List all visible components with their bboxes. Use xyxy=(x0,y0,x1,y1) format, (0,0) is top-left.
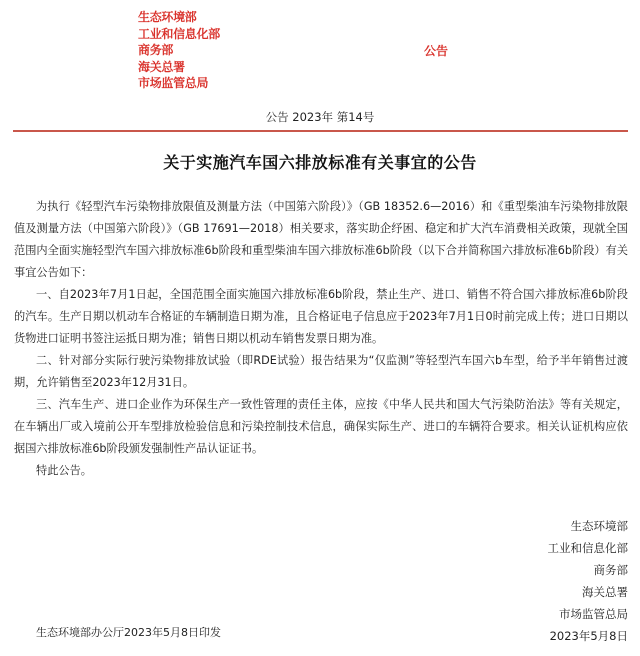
print-footer: 生态环境部办公厅2023年5月8日印发 xyxy=(36,625,221,641)
document-title: 关于实施汽车国六排放标准有关事宜的公告 xyxy=(0,152,640,174)
signature-mee: 生态环境部 xyxy=(548,515,629,537)
document-number: 公告 2023年 第14号 xyxy=(0,109,640,125)
signature-block: 生态环境部 工业和信息化部 商务部 海关总署 市场监管总局 2023年5月8日 xyxy=(548,515,629,647)
issuer-mofcom: 商务部 xyxy=(138,42,220,59)
paragraph-closing: 特此公告。 xyxy=(14,460,628,482)
issuer-samr: 市场监管总局 xyxy=(138,75,220,92)
signature-customs: 海关总署 xyxy=(548,581,629,603)
issuing-agencies: 生态环境部 工业和信息化部 商务部 海关总署 市场监管总局 xyxy=(138,9,220,92)
notice-label: 公告 xyxy=(424,43,448,59)
paragraph-intro: 为执行《轻型汽车污染物排放限值及测量方法（中国第六阶段）》（GB 18352.6… xyxy=(14,196,628,284)
signature-mofcom: 商务部 xyxy=(548,559,629,581)
paragraph-item-2: 二、针对部分实际行驶污染物排放试验（即RDE试验）报告结果为“仅监测”等轻型汽车… xyxy=(14,350,628,394)
red-divider xyxy=(13,130,628,132)
signature-samr: 市场监管总局 xyxy=(548,603,629,625)
signature-miit: 工业和信息化部 xyxy=(548,537,629,559)
issuer-miit: 工业和信息化部 xyxy=(138,26,220,43)
issuer-mee: 生态环境部 xyxy=(138,9,220,26)
issuer-customs: 海关总署 xyxy=(138,59,220,76)
signature-date: 2023年5月8日 xyxy=(548,625,629,647)
paragraph-item-1: 一、自2023年7月1日起，全国范围全面实施国六排放标准6b阶段，禁止生产、进口… xyxy=(14,284,628,350)
paragraph-item-3: 三、汽车生产、进口企业作为环保生产一致性管理的责任主体，应按《中华人民共和国大气… xyxy=(14,394,628,460)
document-body: 为执行《轻型汽车污染物排放限值及测量方法（中国第六阶段）》（GB 18352.6… xyxy=(14,196,628,482)
